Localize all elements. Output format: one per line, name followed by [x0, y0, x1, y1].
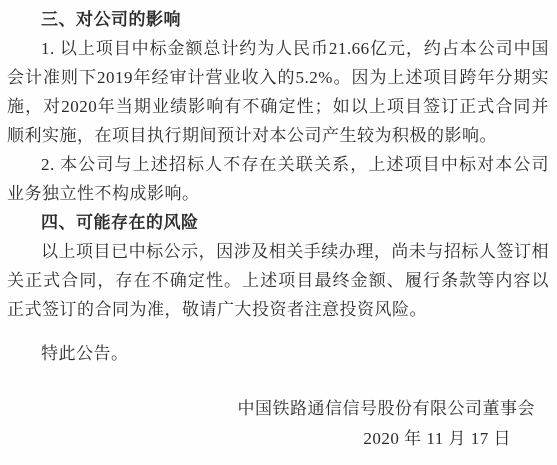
- announcement-document: 三、对公司的影响 1. 以上项目中标金额总计约为人民币21.66亿元，约占本公司…: [0, 0, 557, 465]
- impact-paragraph-2: 2. 本公司与上述招标人不存在关联关系，上述项目中标对本公司业务独立性不构成影响…: [7, 150, 549, 208]
- signature-date: 2020 年 11 月 17 日: [7, 424, 549, 453]
- risk-paragraph-1: 以上项目已中标公示，因涉及相关手续办理，尚未与招标人签订相关正式合同，存在不确定…: [7, 237, 549, 324]
- section-heading-company-impact: 三、对公司的影响: [7, 5, 549, 34]
- closing-statement: 特此公告。: [7, 339, 549, 368]
- signature-company-board: 中国铁路通信信号股份有限公司董事会: [7, 394, 549, 423]
- section-heading-possible-risks: 四、可能存在的风险: [7, 208, 549, 237]
- impact-paragraph-1: 1. 以上项目中标金额总计约为人民币21.66亿元，约占本公司中国会计准则下20…: [7, 34, 549, 150]
